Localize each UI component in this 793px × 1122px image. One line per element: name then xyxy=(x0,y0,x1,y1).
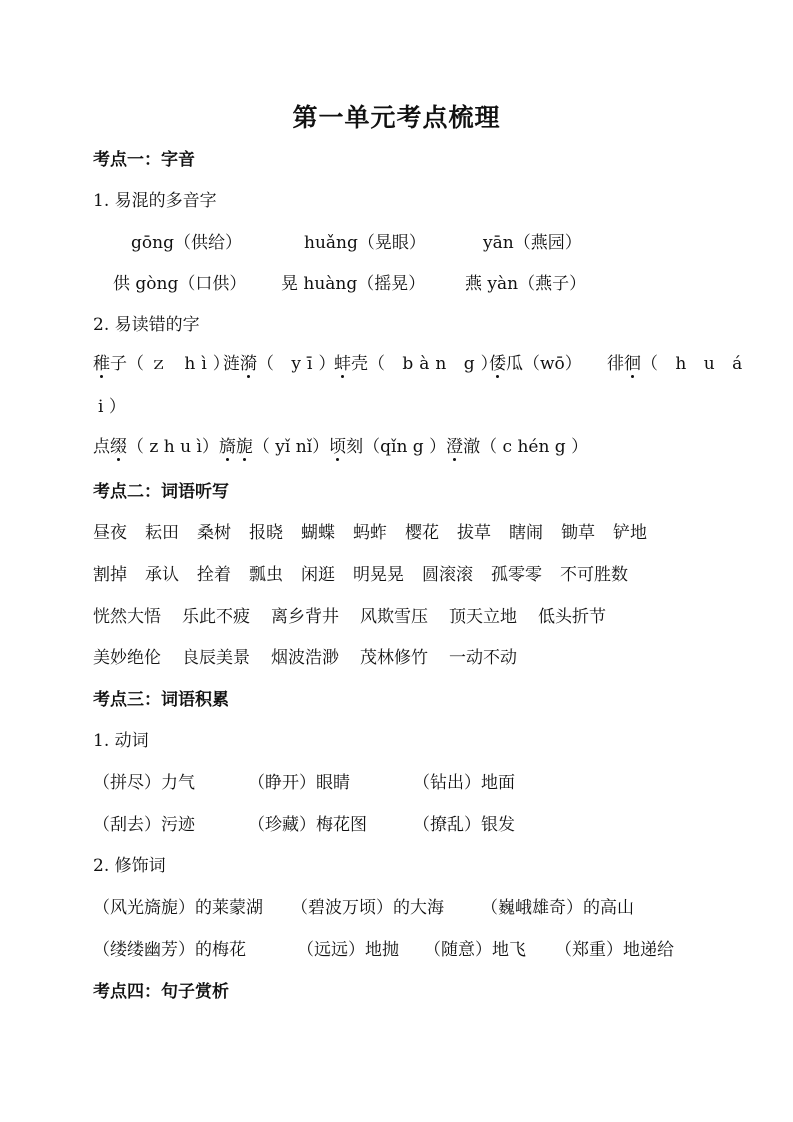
word: 蝴蝶 xyxy=(301,521,335,545)
word: 圆滚滚 xyxy=(422,563,473,587)
subheading-misread: 2. 易读错的字 xyxy=(93,313,200,337)
polyphone-row-2: 供 gòng（口供）晃 huàng（摇晃）燕 yàn（燕子） xyxy=(113,272,586,296)
modifiers-row-2: （缕缕幽芳）的梅花（远远）地抛（随意）地飞（郑重）地递给 xyxy=(93,938,674,962)
polyphone-row-1: gōng（供给）huǎng（晃眼）yān（燕园） xyxy=(131,231,582,255)
word: 拴着 xyxy=(197,563,231,587)
word: 美妙绝伦 xyxy=(93,646,161,670)
verbs-row-1: （拼尽）力气（睁开）眼睛（钻出）地面 xyxy=(93,771,515,795)
verbs-row-2: （刮去）污迹（珍藏）梅花图（撩乱）银发 xyxy=(93,813,515,837)
polyphone-item: yān（燕园） xyxy=(483,231,582,255)
phrase: （风光旖旎）的莱蒙湖 xyxy=(93,896,291,920)
reading-item: 顷刻（qǐn g ） xyxy=(329,435,446,459)
word: 一动不动 xyxy=(449,646,517,670)
dictation-row-4: 美妙绝伦良辰美景烟波浩渺茂林修竹一动不动 xyxy=(93,646,517,670)
word: 闲逛 xyxy=(301,563,335,587)
phrase: （钻出）地面 xyxy=(413,771,515,795)
phrase: （巍峨雄奇）的高山 xyxy=(481,896,634,920)
section-heading-1: 考点一：字音 xyxy=(93,148,195,172)
polyphone-item: 供 gòng（口供） xyxy=(113,272,281,296)
reading-item: 倭瓜（wō） xyxy=(489,352,607,376)
word: 拔草 xyxy=(457,521,491,545)
reading-item: 涟漪（ yī） xyxy=(223,352,334,376)
section-heading-3: 考点三：词语积累 xyxy=(93,688,229,712)
subheading-modifiers: 2. 修饰词 xyxy=(93,854,166,878)
dictation-row-3: 恍然大悟乐此不疲离乡背井风欺雪压顶天立地低头折节 xyxy=(93,605,606,629)
phrase: （缕缕幽芳）的梅花 xyxy=(93,938,297,962)
subheading-polyphones: 1. 易混的多音字 xyxy=(93,189,217,213)
word: 低头折节 xyxy=(538,605,606,629)
word: 蚂蚱 xyxy=(353,521,387,545)
phrase: （随意）地飞 xyxy=(424,938,555,962)
phrase: （珍藏）梅花图 xyxy=(248,813,413,837)
section-heading-2: 考点二：词语听写 xyxy=(93,480,229,504)
word: 报晓 xyxy=(249,521,283,545)
word: 孤零零 xyxy=(491,563,542,587)
polyphone-item: 燕 yàn（燕子） xyxy=(465,272,586,296)
phrase: （碧波万顷）的大海 xyxy=(291,896,481,920)
misread-row-1-wrap: i ） xyxy=(98,395,126,419)
reading-item: 旖旎（ yǐ nǐ） xyxy=(219,435,329,459)
phrase: （郑重）地递给 xyxy=(555,938,674,962)
reading-item: 徘徊（ h u á xyxy=(607,352,748,376)
word: 锄草 xyxy=(561,521,595,545)
reading-item: 蚌壳（ bàn g） xyxy=(334,352,489,376)
word: 茂林修竹 xyxy=(360,646,428,670)
phrase: （撩乱）银发 xyxy=(413,813,515,837)
modifiers-row-1: （风光旖旎）的莱蒙湖（碧波万顷）的大海（巍峨雄奇）的高山 xyxy=(93,896,634,920)
word: 樱花 xyxy=(405,521,439,545)
word: 风欺雪压 xyxy=(360,605,428,629)
word: 明晃晃 xyxy=(353,563,404,587)
word: 良辰美景 xyxy=(182,646,250,670)
word: 割掉 xyxy=(93,563,127,587)
polyphone-item: 晃 huàng（摇晃） xyxy=(281,272,465,296)
word: 昼夜 xyxy=(93,521,127,545)
word: 瓢虫 xyxy=(249,563,283,587)
polyphone-item: gōng（供给） xyxy=(131,231,304,255)
word: 烟波浩渺 xyxy=(271,646,339,670)
word: 顶天立地 xyxy=(449,605,517,629)
word: 瞎闹 xyxy=(509,521,543,545)
word: 耘田 xyxy=(145,521,179,545)
word: 离乡背井 xyxy=(271,605,339,629)
reading-item: 点缀（ z h u ì） xyxy=(93,435,219,459)
phrase: （拼尽）力气 xyxy=(93,771,248,795)
phrase: （远远）地抛 xyxy=(297,938,424,962)
polyphone-item: huǎng（晃眼） xyxy=(304,231,483,255)
word: 不可胜数 xyxy=(560,563,628,587)
word: 乐此不疲 xyxy=(182,605,250,629)
word: 桑树 xyxy=(197,521,231,545)
dictation-row-1: 昼夜耘田桑树报晓蝴蝶蚂蚱樱花拔草瞎闹锄草铲地 xyxy=(93,521,647,545)
reading-item: 澄澈（ c hén g ） xyxy=(446,435,588,459)
dictation-row-2: 割掉承认拴着瓢虫闲逛明晃晃圆滚滚孤零零不可胜数 xyxy=(93,563,628,587)
word: 恍然大悟 xyxy=(93,605,161,629)
reading-item: 稚子（ｚ hì） xyxy=(93,352,223,376)
phrase: （刮去）污迹 xyxy=(93,813,248,837)
misread-row-2: 点缀（ z h u ì）旖旎（ yǐ nǐ）顷刻（qǐn g ）澄澈（ c hé… xyxy=(93,435,588,459)
subheading-verbs: 1. 动词 xyxy=(93,729,149,753)
word: 承认 xyxy=(145,563,179,587)
section-heading-4: 考点四：句子赏析 xyxy=(93,980,229,1004)
word: 铲地 xyxy=(613,521,647,545)
misread-row-1: 稚子（ｚ hì）涟漪（ yī）蚌壳（ bàn g）倭瓜（wō）徘徊（ h u á xyxy=(93,352,748,376)
phrase: （睁开）眼睛 xyxy=(248,771,413,795)
page-title: 第一单元考点梳理 xyxy=(0,98,793,134)
